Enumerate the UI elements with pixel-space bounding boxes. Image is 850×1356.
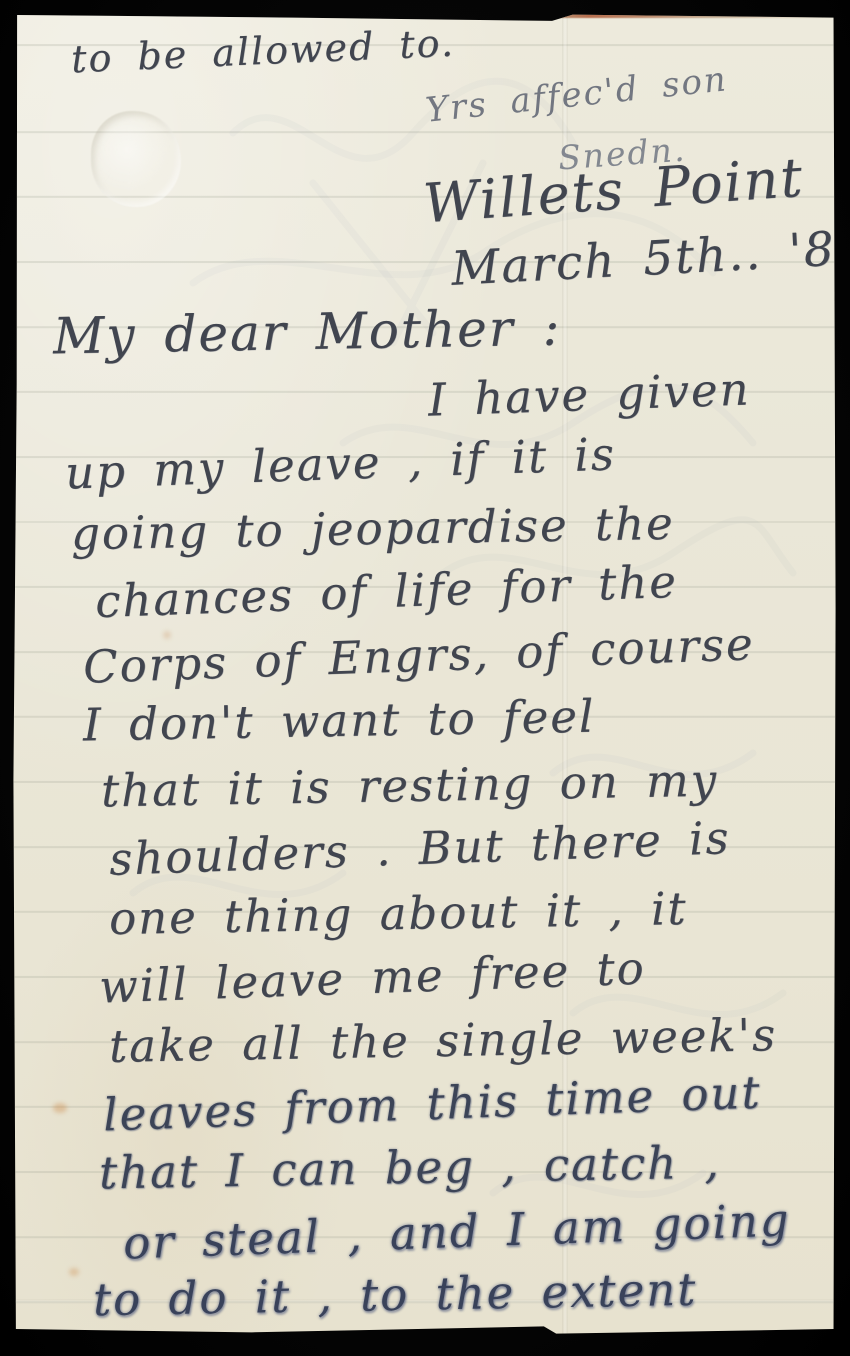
handwritten-line: going to jeopardise the (71, 497, 675, 561)
handwritten-line: that it is resting on my (101, 754, 719, 818)
embossed-seal (91, 111, 181, 207)
handwritten-line: I don't want to feel (83, 690, 596, 752)
letter-page: to be allowed to. Yrs affec'd son Snedn.… (13, 13, 836, 1335)
handwritten-line: to do it , to the extent (93, 1263, 698, 1327)
top-edge-stain (313, 13, 843, 18)
foxing-spot (53, 1103, 67, 1113)
handwritten-line: that I can beg , catch , (99, 1136, 722, 1200)
foxing-spot (69, 1268, 79, 1276)
salutation: My dear Mother : (53, 299, 562, 366)
scanner-background: to be allowed to. Yrs affec'd son Snedn.… (0, 0, 850, 1356)
handwritten-line: one thing about it , it (109, 882, 688, 945)
handwritten-line: I have given (427, 362, 751, 426)
